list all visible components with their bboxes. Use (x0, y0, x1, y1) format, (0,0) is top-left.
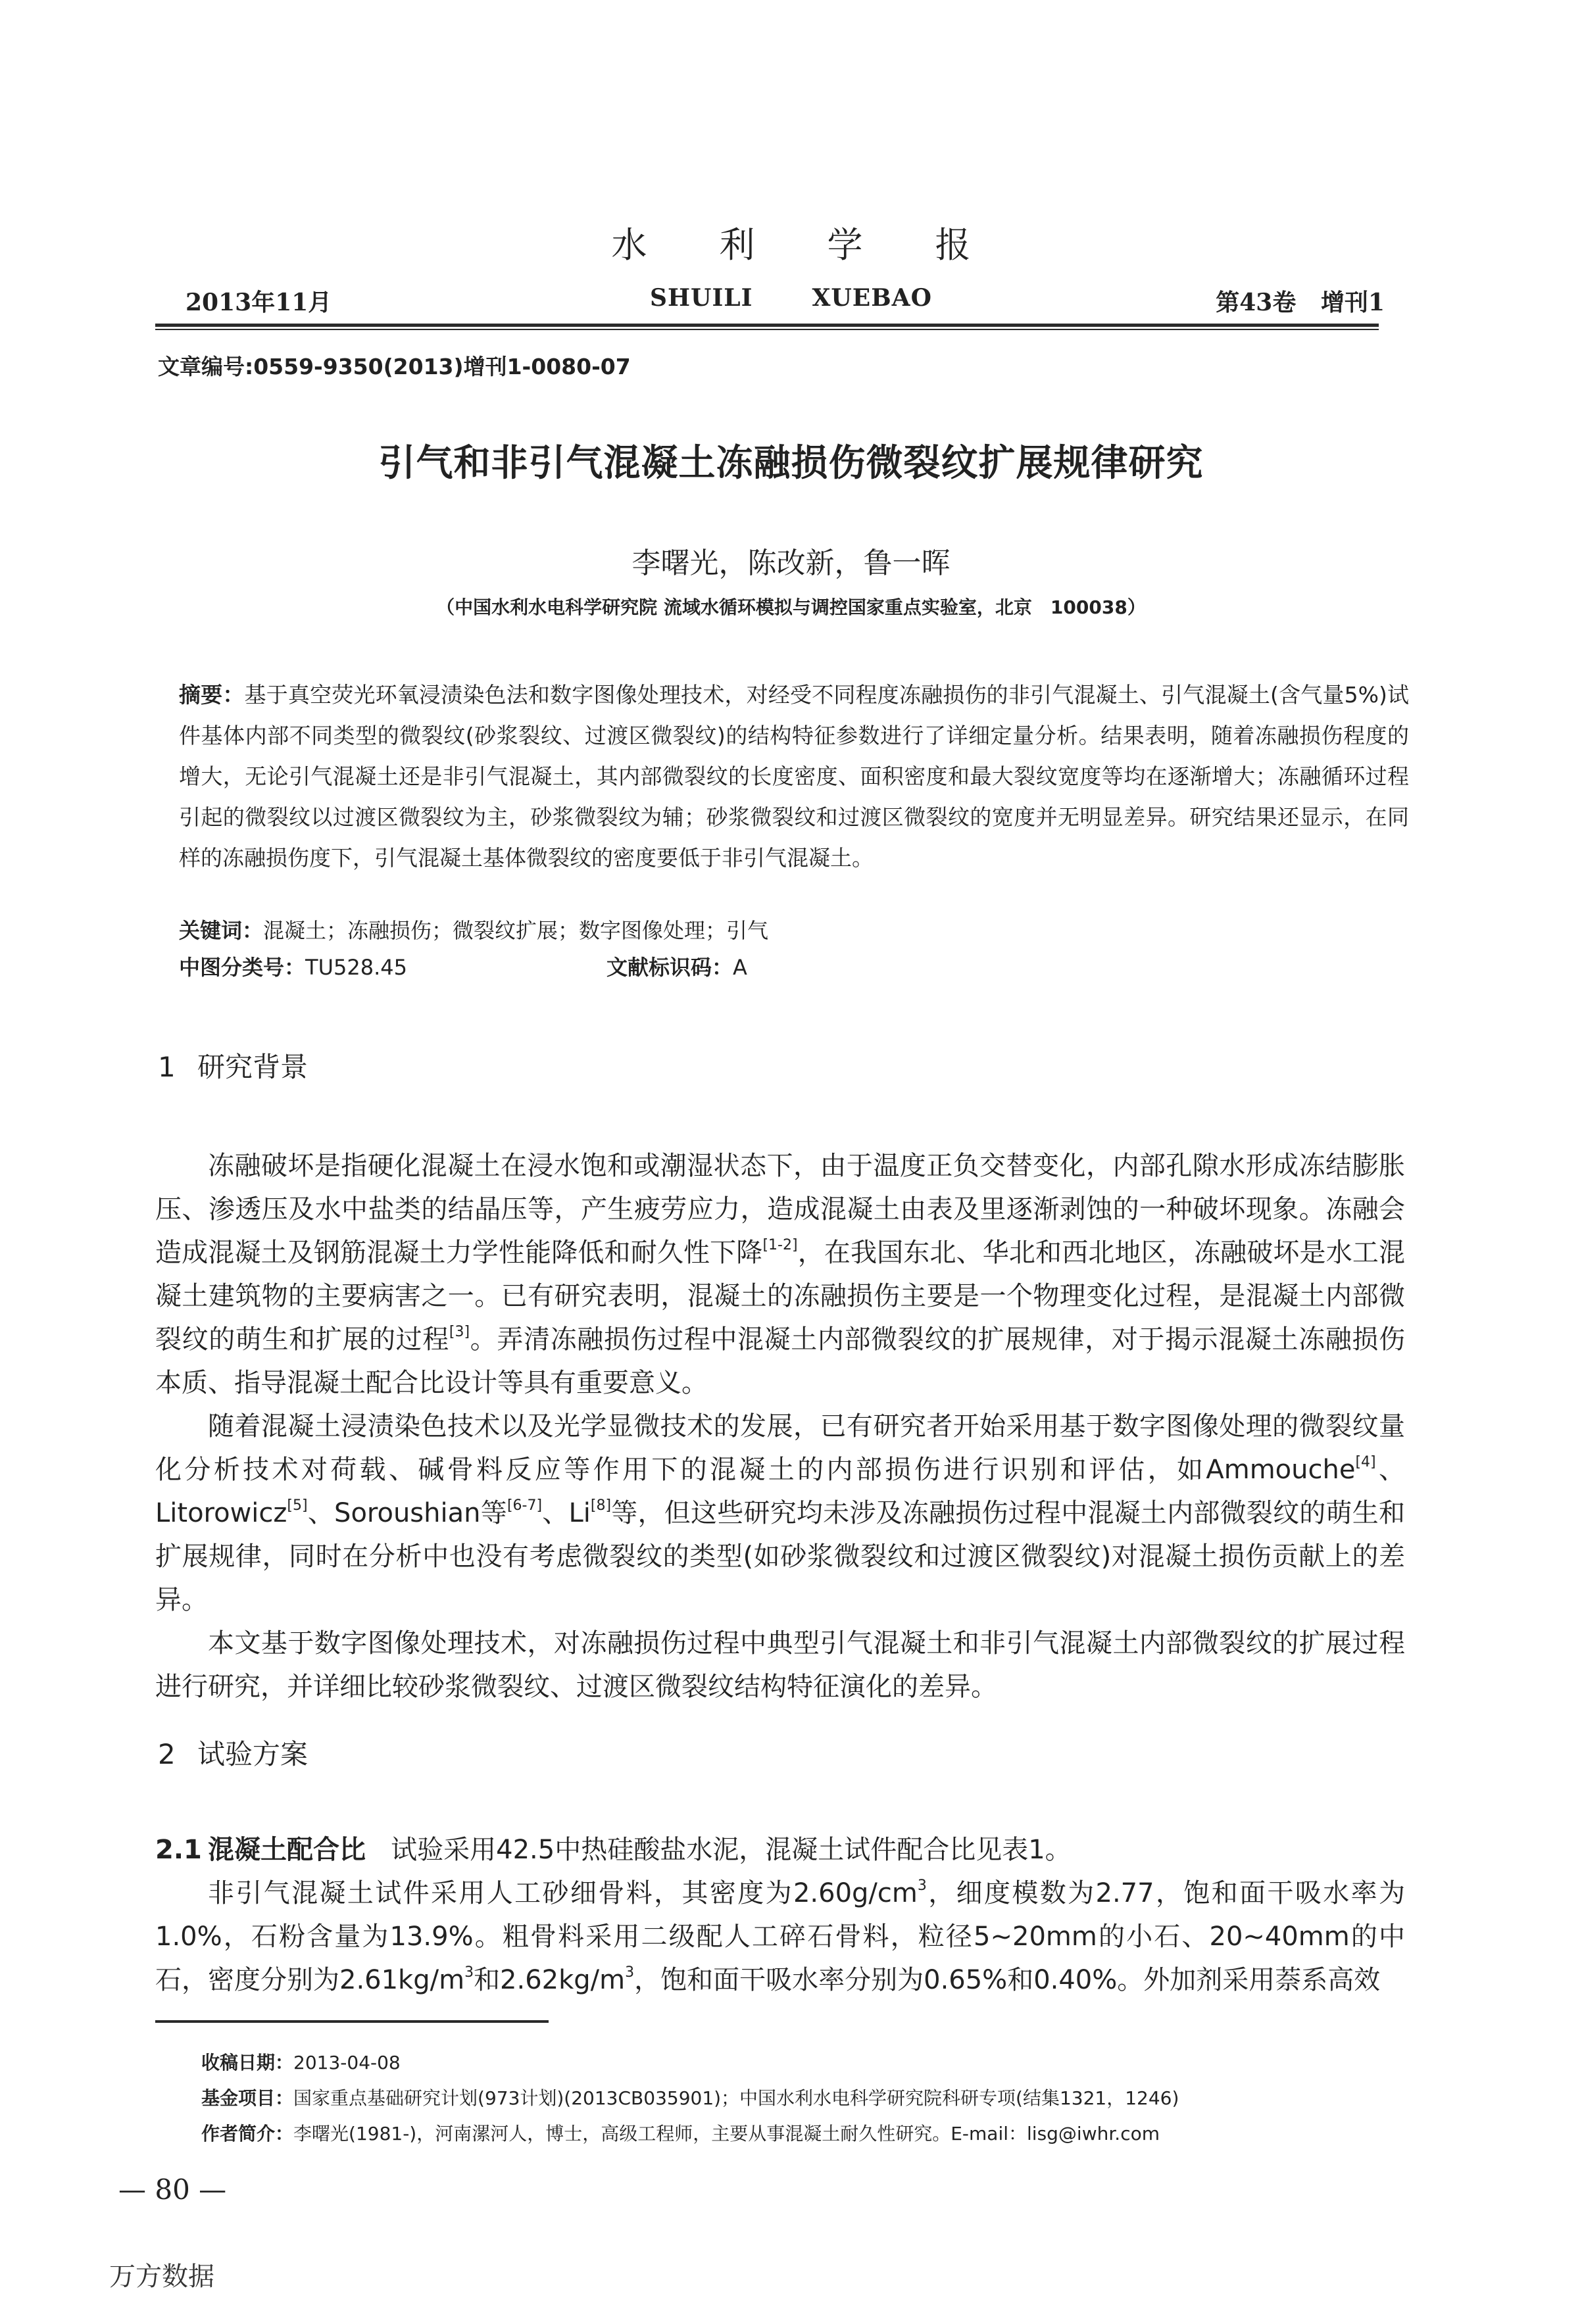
section-1-body: 冻融破坏是指硬化混凝土在浸水饱和或潮湿状态下，由于温度正负交替变化，内部孔隙水形… (155, 1144, 1405, 1708)
doc-code: 文献标识码：A (606, 951, 747, 981)
page-number: — 80 — (118, 2173, 226, 2206)
citation[interactable]: [5] (287, 1497, 307, 1514)
section-number: 2 (158, 1738, 197, 1770)
section-2-body: 2.1混凝土配合比 试验采用42.5中热硅酸盐水泥，混凝土试件配合比见表1。 非… (155, 1828, 1405, 2002)
author-bio-value: 李曙光(1981-)，河南漯河人，博士，高级工程师，主要从事混凝土耐久性研究。E… (293, 2123, 1160, 2144)
paragraph: 非引气混凝土试件采用人工砂细骨料，其密度为2.60g/cm3，细度模数为2.77… (155, 1872, 1405, 2002)
classification: 中图分类号：TU528.45 文献标识码：A (179, 951, 407, 981)
section-title: 研究背景 (197, 1051, 308, 1083)
fund-label: 基金项目： (201, 2087, 293, 2109)
superscript: 3 (464, 1964, 474, 1981)
subsection-heading: 2.1混凝土配合比 (155, 1835, 366, 1865)
text-run: ，饱和面干吸水率分别为0.65%和0.40%。外加剂采用萘系高效 (634, 1965, 1380, 1995)
clc-label: 中图分类号： (179, 955, 305, 980)
keywords-text: 混凝土；冻融损伤；微裂纹扩展；数字图像处理；引气 (263, 918, 768, 943)
author-bio: 作者简介：李曙光(1981-)，河南漯河人，博士，高级工程师，主要从事混凝土耐久… (201, 2116, 1179, 2152)
author-bio-label: 作者简介： (201, 2123, 293, 2144)
paragraph: 随着混凝土浸渍染色技术以及光学显微技术的发展，已有研究者开始采用基于数字图像处理… (155, 1405, 1405, 1622)
authors: 李曙光，陈改新，鲁一晖 (0, 539, 1582, 581)
citation[interactable]: [6-7] (507, 1497, 542, 1514)
footnotes: 收稿日期：2013-04-08 基金项目：国家重点基础研究计划(973计划)(2… (201, 2045, 1179, 2152)
section-heading-2: 2试验方案 (158, 1733, 308, 1772)
superscript: 3 (625, 1964, 634, 1981)
keywords: 关键词：混凝土；冻融损伤；微裂纹扩展；数字图像处理；引气 (179, 914, 768, 944)
fund-value: 国家重点基础研究计划(973计划)(2013CB035901)；中国水利水电科学… (293, 2087, 1179, 2109)
text-run: 随着混凝土浸渍染色技术以及光学显微技术的发展，已有研究者开始采用基于数字图像处理… (155, 1411, 1405, 1485)
footnote-rule (155, 2020, 549, 2023)
header-rule-thick (155, 324, 1379, 327)
paper-title: 引气和非引气混凝土冻融损伤微裂纹扩展规律研究 (0, 434, 1582, 487)
superscript: 3 (918, 1877, 927, 1894)
paragraph: 本文基于数字图像处理技术，对冻融损伤过程中典型引气混凝土和非引气混凝土内部微裂纹… (155, 1622, 1405, 1708)
volume-issue: 第43卷 增刊1 (1216, 284, 1385, 318)
section-heading-1: 1研究背景 (158, 1046, 308, 1085)
volume: 第43卷 (1216, 289, 1296, 316)
citation[interactable]: [1-2] (762, 1237, 797, 1253)
section-title: 试验方案 (197, 1738, 308, 1770)
article-number-value: 0559-9350(2013)增刊1-0080-07 (253, 354, 631, 379)
received-date: 收稿日期：2013-04-08 (201, 2045, 1179, 2081)
abstract-label: 摘要： (179, 682, 245, 708)
received-value: 2013-04-08 (293, 2052, 401, 2073)
subsection-number: 2.1 (155, 1828, 208, 1872)
watermark: 万方数据 (109, 2256, 214, 2293)
abstract-text: 基于真空荧光环氧浸渍染色法和数字图像处理技术，对经受不同程度冻融损伤的非引气混凝… (179, 682, 1409, 871)
citation[interactable]: [4] (1355, 1454, 1375, 1470)
text-run: 、Li (542, 1498, 591, 1528)
journal-title-cn: 水利学报 (0, 217, 1582, 268)
citation[interactable]: [3] (449, 1324, 470, 1340)
subsection-title: 混凝土配合比 (208, 1835, 366, 1865)
issue: 增刊1 (1321, 289, 1385, 316)
fund-project: 基金项目：国家重点基础研究计划(973计划)(2013CB035901)；中国水… (201, 2081, 1179, 2116)
text-run: 、Soroushian等 (308, 1498, 507, 1528)
text-run: 和2.62kg/m (474, 1965, 625, 1995)
subsection-2-1: 2.1混凝土配合比 试验采用42.5中热硅酸盐水泥，混凝土试件配合比见表1。 (155, 1828, 1405, 1872)
clc-value: TU528.45 (305, 955, 407, 980)
citation[interactable]: [8] (591, 1497, 611, 1514)
journal-title-en-part2: XUEBAO (812, 284, 931, 312)
section-number: 1 (158, 1051, 197, 1083)
text-run: 非引气混凝土试件采用人工砂细骨料，其密度为2.60g/cm (208, 1878, 918, 1908)
header-rule-thin (155, 329, 1379, 330)
paragraph: 冻融破坏是指硬化混凝土在浸水饱和或潮湿状态下，由于温度正负交替变化，内部孔隙水形… (155, 1144, 1405, 1405)
article-number: 文章编号:0559-9350(2013)增刊1-0080-07 (158, 350, 631, 381)
doc-code-label: 文献标识码： (606, 955, 733, 980)
subsection-lead: 试验采用42.5中热硅酸盐水泥，混凝土试件配合比见表1。 (391, 1835, 1072, 1865)
keywords-label: 关键词： (179, 918, 263, 943)
received-label: 收稿日期： (201, 2052, 293, 2073)
abstract: 摘要：基于真空荧光环氧浸渍染色法和数字图像处理技术，对经受不同程度冻融损伤的非引… (179, 675, 1409, 879)
doc-code-value: A (733, 955, 747, 980)
affiliation: （中国水利水电科学研究院 流域水循环模拟与调控国家重点实验室，北京 100038… (0, 593, 1582, 619)
journal-title-en-part1: SHUILI (650, 284, 753, 312)
article-number-label: 文章编号: (158, 354, 253, 379)
text-run: 本文基于数字图像处理技术，对冻融损伤过程中典型引气混凝土和非引气混凝土内部微裂纹… (155, 1628, 1405, 1702)
